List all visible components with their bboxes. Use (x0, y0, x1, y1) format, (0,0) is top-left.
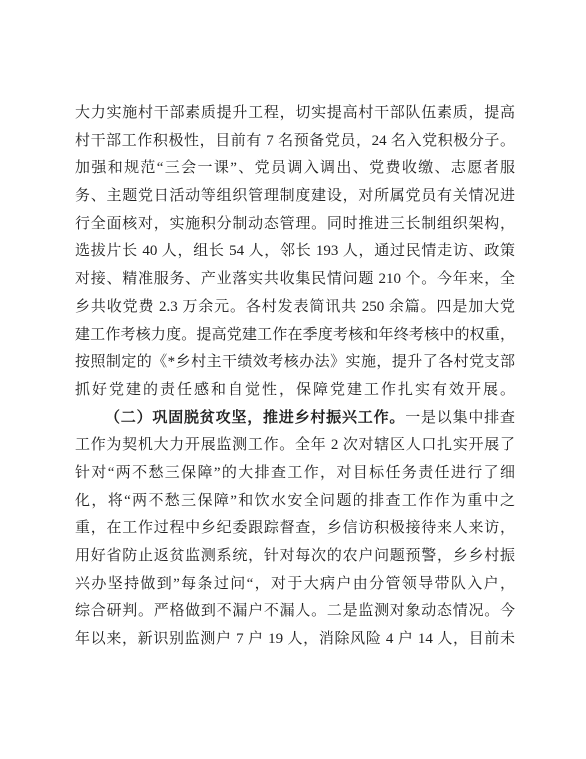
document-text-block: 大力实施村干部素质提升工程，切实提高村干部队伍素质，提高村干部工作积极性，目前有… (75, 100, 515, 654)
text-segment: 务、主题党日活动等组织管理制度建设，对所属党员有关情况进 (75, 188, 515, 204)
text-segment: 对接、精准服务、产业落实共收集民情问题 210 个。今年来，全 (75, 271, 515, 287)
text-segment: 加强和规范“三会一课”、党员调入调出、党费收缴、志愿者服 (75, 160, 515, 176)
text-line: 兴办坚持做到”每条过问“，对于大病户由分管领导带队入户， (75, 571, 515, 599)
text-line: 抓好党建的责任感和自觉性，保障党建工作扎实有效开展。 (75, 377, 515, 405)
text-line: 按照制定的《*乡村主干绩效考核办法》实施，提升了各村党支部 (75, 349, 515, 377)
text-segment: 针对“两不愁三保障”的大排查工作，对目标任务责任进行了细 (75, 465, 515, 481)
text-line: 化，将“两不愁三保障”和饮水安全问题的排查工作作为重中之 (75, 488, 515, 516)
text-segment: 乡共收党费 2.3 万余元。各村发表简讯共 250 余篇。四是加大党 (75, 299, 515, 315)
text-segment: 建工作考核力度。提高党建工作在季度考核和年终考核中的权重， (75, 327, 515, 343)
text-line: 加强和规范“三会一课”、党员调入调出、党费收缴、志愿者服 (75, 155, 515, 183)
text-segment: 工作为契机大力开展监测工作。全年 2 次对辖区人口扎实开展了 (75, 437, 515, 453)
section-heading: （二）巩固脱贫攻坚，推进乡村振兴工作。 (105, 410, 405, 426)
text-segment: 选拔片长 40 人，组长 54 人，邻长 193 人，通过民情走访、政策 (75, 243, 515, 259)
text-line: 村干部工作积极性，目前有 7 名预备党员，24 名入党积极分子。 (75, 128, 515, 156)
text-segment: 综合研判。严格做到不漏户不漏人。二是监测对象动态情况。今 (75, 603, 515, 619)
text-line: 务、主题党日活动等组织管理制度建设，对所属党员有关情况进 (75, 183, 515, 211)
text-segment: 行全面核对，实施积分制动态管理。同时推进三长制组织架构， (75, 216, 515, 232)
text-line: 工作为契机大力开展监测工作。全年 2 次对辖区人口扎实开展了 (75, 432, 515, 460)
text-segment: 大力实施村干部素质提升工程，切实提高村干部队伍素质，提高 (75, 105, 515, 121)
text-segment: 化，将“两不愁三保障”和饮水安全问题的排查工作作为重中之 (75, 493, 515, 509)
text-line: 行全面核对，实施积分制动态管理。同时推进三长制组织架构， (75, 211, 515, 239)
text-segment: 用好省防止返贫监测系统，针对每次的农户问题预警，乡乡村振 (75, 548, 515, 564)
text-line: 针对“两不愁三保障”的大排查工作，对目标任务责任进行了细 (75, 460, 515, 488)
text-segment: 抓好党建的责任感和自觉性，保障党建工作扎实有效开展。 (75, 382, 515, 398)
text-segment: 按照制定的《*乡村主干绩效考核办法》实施，提升了各村党支部 (75, 354, 515, 370)
text-line: 乡共收党费 2.3 万余元。各村发表简讯共 250 余篇。四是加大党 (75, 294, 515, 322)
text-line: （二）巩固脱贫攻坚，推进乡村振兴工作。一是以集中排查 (75, 405, 515, 433)
text-line: 建工作考核力度。提高党建工作在季度考核和年终考核中的权重， (75, 322, 515, 350)
text-line: 对接、精准服务、产业落实共收集民情问题 210 个。今年来，全 (75, 266, 515, 294)
text-segment: 兴办坚持做到”每条过问“，对于大病户由分管领导带队入户， (75, 576, 515, 592)
text-line: 年以来，新识别监测户 7 户 19 人，消除风险 4 户 14 人，目前未 (75, 626, 515, 654)
text-line: 用好省防止返贫监测系统，针对每次的农户问题预警，乡乡村振 (75, 543, 515, 571)
text-segment: 重，在工作过程中乡纪委跟踪督查，乡信访积极接待来人来访， (75, 520, 515, 536)
text-line: 选拔片长 40 人，组长 54 人，邻长 193 人，通过民情走访、政策 (75, 238, 515, 266)
text-line: 综合研判。严格做到不漏户不漏人。二是监测对象动态情况。今 (75, 598, 515, 626)
text-segment: 村干部工作积极性，目前有 7 名预备党员，24 名入党积极分子。 (75, 133, 515, 149)
text-line: 重，在工作过程中乡纪委跟踪督查，乡信访积极接待来人来访， (75, 515, 515, 543)
text-line: 大力实施村干部素质提升工程，切实提高村干部队伍素质，提高 (75, 100, 515, 128)
text-segment: 年以来，新识别监测户 7 户 19 人，消除风险 4 户 14 人，目前未 (75, 631, 515, 647)
document-page: 大力实施村干部素质提升工程，切实提高村干部队伍素质，提高村干部工作积极性，目前有… (0, 0, 586, 759)
text-segment: 一是以集中排查 (405, 410, 515, 426)
